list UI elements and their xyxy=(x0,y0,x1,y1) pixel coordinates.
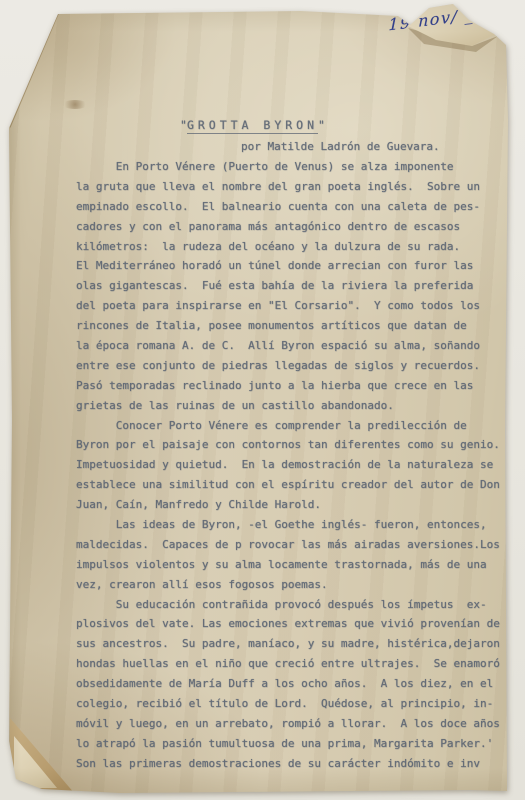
page-title: "GROTTA BYRON" xyxy=(76,114,512,136)
typed-line: la gruta que lleva el nombre del gran po… xyxy=(76,177,512,197)
typed-line: del poeta para inspirarse en "El Corsari… xyxy=(76,296,512,316)
typed-line: grietas de las ruinas de un castillo aba… xyxy=(76,396,512,416)
typed-line: la época romana A. de C. Allí Byron espa… xyxy=(76,336,512,356)
title-text: GROTTA BYRON xyxy=(187,118,318,134)
typed-line: lo atrapó la pasión tumultuosa de una pr… xyxy=(76,734,512,754)
typed-line: cadores y con el panorama más antagónico… xyxy=(76,217,512,237)
typed-line: El Mediterráneo horadó un túnel donde ar… xyxy=(76,256,512,276)
folded-corner-inner xyxy=(13,732,61,792)
torn-corner-shadow xyxy=(404,26,506,56)
typed-text-block: "GROTTA BYRON" por Matilde Ladrón de Gue… xyxy=(76,114,512,774)
typed-line: sus ancestros. Su padre, maníaco, y su m… xyxy=(76,634,512,654)
typed-line: Conocer Porto Vénere es comprender la pr… xyxy=(76,416,512,436)
typed-line: Pasó temporadas reclinado junto a la hie… xyxy=(76,376,512,396)
byline: por Matilde Ladrón de Guevara. xyxy=(241,136,512,157)
typed-line: Su educación contrañida provocó después … xyxy=(76,595,512,615)
paper-wrapper: 19 nov/ _ "GROTTA BYRON" por Matilde Lad… xyxy=(0,0,525,800)
typed-line: En Porto Vénere (Puerto de Venus) se alz… xyxy=(76,157,512,177)
typed-line: establece una similitud con el espíritu … xyxy=(76,475,512,495)
typed-line: Son las primeras demostraciones de su ca… xyxy=(76,754,512,774)
handwritten-date: 19 nov/ _ xyxy=(388,1,507,35)
paper-sheet: 19 nov/ _ "GROTTA BYRON" por Matilde Lad… xyxy=(0,0,525,800)
torn-corner-top-right xyxy=(404,2,506,54)
title-close-quote: " xyxy=(318,118,325,132)
typed-line: kilómetros: la rudeza del océano y la du… xyxy=(76,237,512,257)
typed-line: Byron por el paisaje con contornos tan d… xyxy=(76,435,512,455)
typed-line: Juan, Caín, Manfredo y Childe Harold. xyxy=(76,495,512,515)
title-open-quote: " xyxy=(180,118,187,132)
typed-line: rincones de Italia, posee monumentos art… xyxy=(76,316,512,336)
typed-line: Las ideas de Byron, -el Goethe inglés- f… xyxy=(76,515,512,535)
typed-body: En Porto Vénere (Puerto de Venus) se alz… xyxy=(76,157,512,774)
typed-line: colegio, recibió el título de Lord. Quéd… xyxy=(76,694,512,714)
typed-line: impulsos violentos y su alma locamente t… xyxy=(76,555,512,575)
typed-line: plosivos del vate. Las emociones extrema… xyxy=(76,614,512,634)
folded-corner-bottom-left xyxy=(9,714,79,796)
typed-line: hondas huellas en el niño que creció ent… xyxy=(76,654,512,674)
typed-line: obsedidamente de María Duff a los ocho a… xyxy=(76,674,512,694)
typed-line: maldecidas. Capaces de p rovocar las más… xyxy=(76,535,512,555)
typed-line: móvil y luego, en un arrebato, rompió a … xyxy=(76,714,512,734)
rust-stain xyxy=(18,23,41,42)
typed-line: vez, crearon allí esos fogosos poemas. xyxy=(76,575,512,595)
scanned-typescript-page: 19 nov/ _ "GROTTA BYRON" por Matilde Lad… xyxy=(0,0,525,800)
rust-stain-small xyxy=(62,100,88,109)
corner-crease-line xyxy=(10,12,60,127)
typed-line: empinado escollo. El balneario cuenta co… xyxy=(76,197,512,217)
typed-line: olas gigantescas. Fué esta bahía de la r… xyxy=(76,276,512,296)
typed-line: entre ese conjunto de piedras llegadas d… xyxy=(76,356,512,376)
typed-line: Impetuosidad y quietud. En la demostraci… xyxy=(76,455,512,475)
